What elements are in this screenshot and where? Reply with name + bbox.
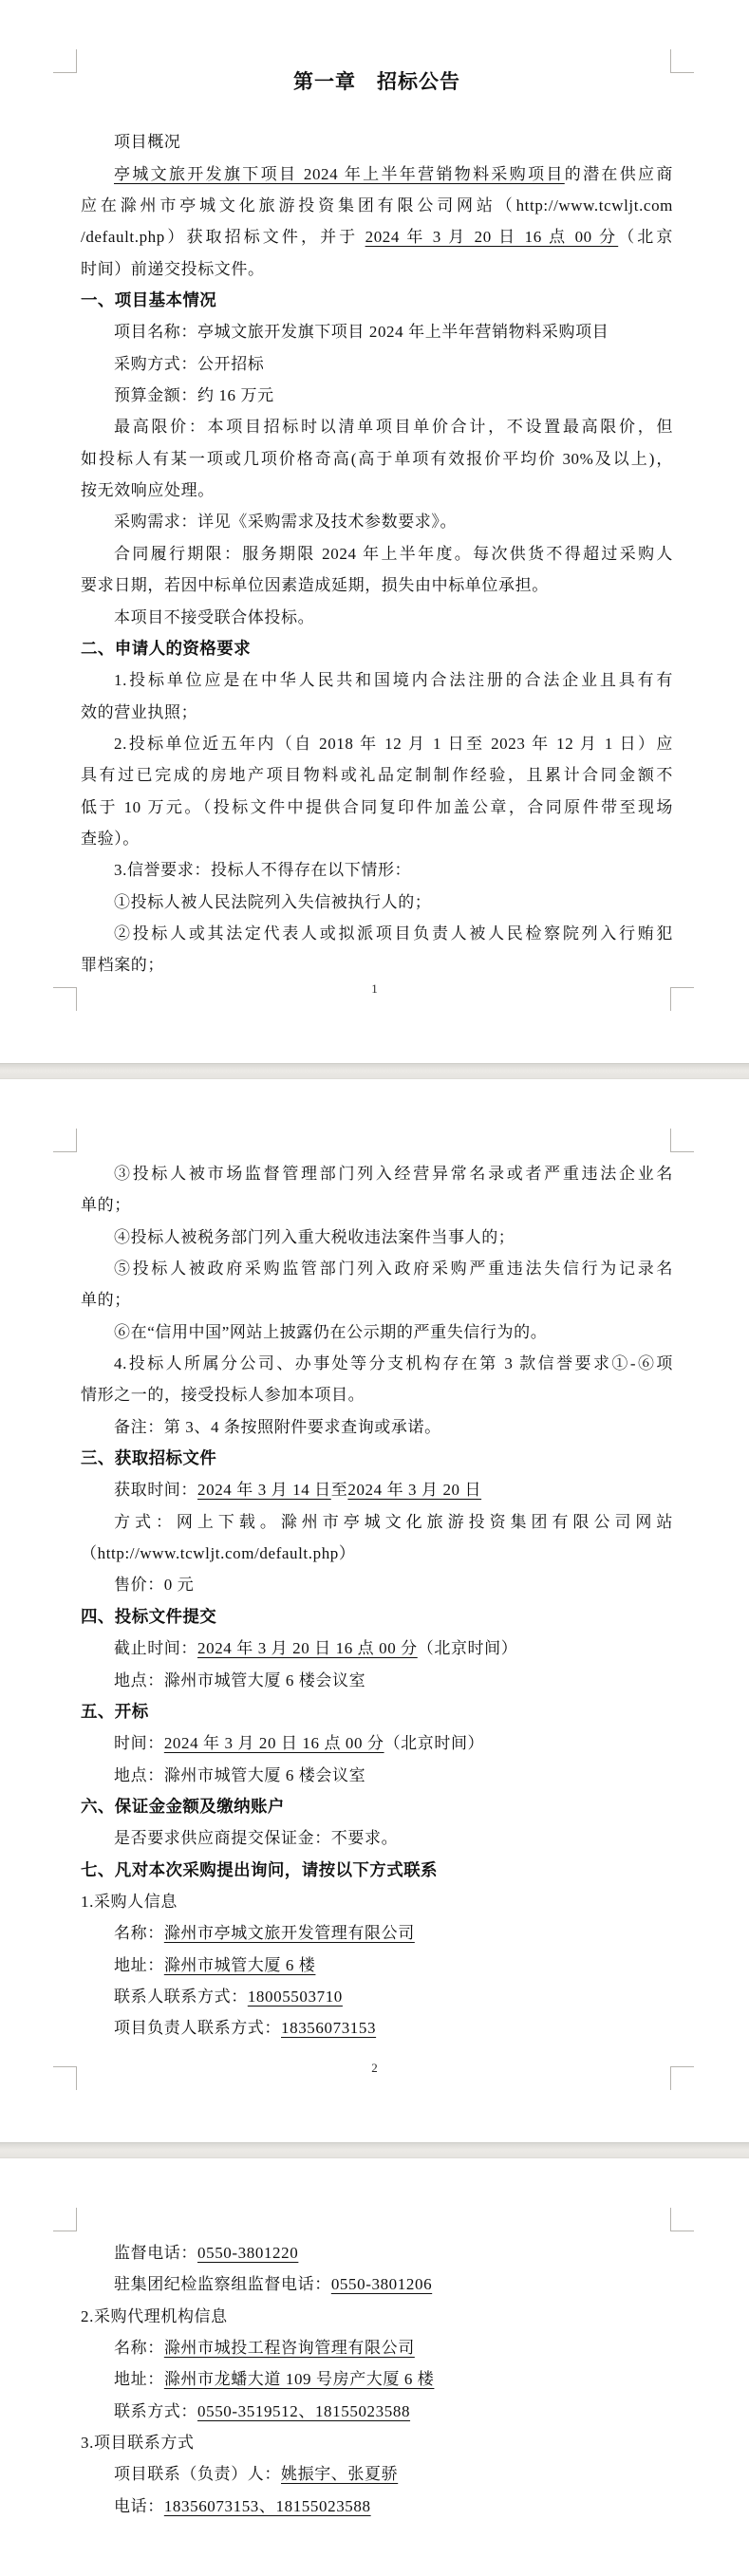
text-line: 时间：2024 年 3 月 20 日 16 点 00 分（北京时间） — [81, 1727, 673, 1759]
text-run: 情形之一的，接受投标人参加本项目。 — [81, 1386, 365, 1404]
text-line: 售价：0 元 — [81, 1569, 673, 1600]
text-run: 最高限价：本项目招标时以清单项目单价合计，不设置最高限价，但 — [114, 418, 673, 436]
text-line: 低于 10 万元。（投标文件中提供合同复印件加盖公章，合同原件带至现场 — [81, 792, 673, 823]
text-run: 驻集团纪检监察组监督电话： — [114, 2275, 331, 2293]
text-run: 四、投标文件提交 — [81, 1607, 216, 1626]
text-run: 如投标人有某一项或几项价格奇高(高于单项有效报价平均价 30%及以上)， — [81, 450, 673, 468]
text-line: 时间）前递交投标文件。 — [81, 253, 673, 285]
text-run: 时间）前递交投标文件。 — [81, 260, 265, 278]
text-line: 合同履行期限：服务期限 2024 年上半年度。每次供货不得超过采购人 — [81, 538, 673, 569]
text-line: 单的； — [81, 1284, 673, 1316]
text-run: 名称： — [114, 2339, 164, 2357]
text-run: 六、保证金金额及缴纳账户 — [81, 1797, 285, 1816]
margin-mark-top-left-icon — [53, 2208, 77, 2231]
text-line: 亭城文旅开发旗下项目 2024 年上半年营销物料采购项目的潜在供应商 — [81, 159, 673, 190]
text-line: 应在滁州市亭城文化旅游投资集团有限公司网站（http://www.tcwljt.… — [81, 190, 673, 221]
page-separator — [0, 1063, 749, 1079]
text-line: 1.采购人信息 — [81, 1886, 673, 1917]
text-run: 项目概况 — [114, 133, 180, 151]
text-run: 合同履行期限：服务期限 2024 年上半年度。每次供货不得超过采购人 — [114, 545, 673, 563]
text-line: 驻集团纪检监察组监督电话：0550-3801206 — [81, 2268, 673, 2300]
text-line: 3.信誉要求：投标人不得存在以下情形： — [81, 854, 673, 886]
text-run: ②投标人或其法定代表人或拟派项目负责人被人民检察院列入行贿犯 — [114, 924, 673, 943]
page-number: 1 — [0, 980, 749, 999]
text-line: 单的； — [81, 1189, 673, 1221]
text-run: （北京 — [618, 228, 673, 246]
text-run: ⑤投标人被政府采购监管部门列入政府采购严重违法失信行为记录名 — [114, 1260, 673, 1278]
text-run: 4.投标人所属分公司、办事处等分支机构存在第 3 款信誉要求①-⑥项 — [114, 1354, 673, 1372]
text-line: ①投标人被人民法院列入失信被执行人的； — [81, 887, 673, 918]
text-run: 第一章 招标公告 — [293, 71, 460, 93]
text-line: 地址：滁州市龙蟠大道 109 号房产大厦 6 楼 — [81, 2363, 673, 2395]
text-line: 项目名称：亭城文旅开发旗下项目 2024 年上半年营销物料采购项目 — [81, 316, 673, 347]
text-run: 五、开标 — [81, 1702, 149, 1721]
text-run: 1.投标单位应是在中华人民共和国境内合法注册的合法企业且具有有 — [114, 671, 673, 689]
underlined-value: 2024 年 3 月 20 日 16 点 00 分 — [197, 1639, 418, 1657]
text-line: 2.投标单位近五年内（自 2018 年 12 月 1 日至 2023 年 12 … — [81, 728, 673, 759]
underlined-value: 亭城文旅开发旗下项目 2024 年上半年营销物料采购项目 — [114, 165, 565, 183]
text-line: 地点：滁州市城管大厦 6 楼会议室 — [81, 1760, 673, 1791]
text-run: 采购方式：公开招标 — [114, 355, 264, 373]
text-line: 3.项目联系方式 — [81, 2427, 673, 2458]
text-run: （北京时间） — [418, 1639, 518, 1657]
text-run: ⑥在“信用中国”网站上披露仍在公示期的严重失信行为的。 — [114, 1323, 547, 1341]
margin-mark-top-left-icon — [53, 49, 77, 73]
text-line: ⑥在“信用中国”网站上披露仍在公示期的严重失信行为的。 — [81, 1316, 673, 1348]
page-2-content: ③投标人被市场监督管理部门列入经营异常名录或者严重违法企业名单的；④投标人被税务… — [81, 1079, 673, 2044]
underlined-value: 滁州市亭城文旅开发管理有限公司 — [164, 1924, 415, 1942]
text-run: 二、申请人的资格要求 — [81, 639, 251, 658]
text-line: 2.采购代理机构信息 — [81, 2301, 673, 2332]
text-run: 单的； — [81, 1291, 131, 1309]
underlined-value: 2024 年 3 月 14 日 — [197, 1481, 331, 1499]
underlined-value: 姚振宇、张夏骄 — [281, 2465, 398, 2483]
text-run: 名称： — [114, 1924, 164, 1942]
section-heading: 四、投标文件提交 — [81, 1601, 673, 1633]
section-heading: 七、凡对本次采购提出询问，请按以下方式联系 — [81, 1855, 673, 1886]
text-line: 效的营业执照； — [81, 697, 673, 728]
text-run: 三、获取招标文件 — [81, 1448, 216, 1467]
section-heading: 一、项目基本情况 — [81, 285, 673, 316]
text-line: 预算金额：约 16 万元 — [81, 380, 673, 411]
page-1: 第一章 招标公告项目概况亭城文旅开发旗下项目 2024 年上半年营销物料采购项目… — [0, 0, 749, 1063]
text-run: 联系人联系方式： — [114, 1988, 248, 2006]
text-run: 获取时间： — [114, 1481, 197, 1499]
underlined-value: 滁州市龙蟠大道 109 号房产大厦 6 楼 — [164, 2370, 435, 2388]
text-run: 项目名称：亭城文旅开发旗下项目 2024 年上半年营销物料采购项目 — [114, 323, 609, 341]
text-run: 1.采购人信息 — [81, 1893, 178, 1911]
underlined-value: 2024 年 3 月 20 日 16 点 00 分 — [365, 228, 619, 246]
text-line: 备注：第 3、4 条按照附件要求查询或承诺。 — [81, 1411, 673, 1443]
text-run: 2.采购代理机构信息 — [81, 2307, 228, 2325]
text-run: 监督电话： — [114, 2244, 197, 2262]
text-run: 具有过已完成的房地产项目物料或礼品定制制作经验，且累计合同金额不 — [81, 766, 673, 784]
text-run: 电话： — [114, 2497, 164, 2515]
underlined-value: 18356073153、18155023588 — [164, 2497, 371, 2515]
section-heading: 五、开标 — [81, 1696, 673, 1727]
text-line: ⑤投标人被政府采购监管部门列入政府采购严重违法失信行为记录名 — [81, 1253, 673, 1284]
section-heading: 二、申请人的资格要求 — [81, 633, 673, 664]
text-line: 项目概况 — [81, 126, 673, 158]
text-run: 地点：滁州市城管大厦 6 楼会议室 — [114, 1671, 365, 1689]
text-line: 最高限价：本项目招标时以清单项目单价合计，不设置最高限价，但 — [81, 411, 673, 442]
text-line: ②投标人或其法定代表人或拟派项目负责人被人民检察院列入行贿犯 — [81, 918, 673, 949]
text-line: 要求日期，若因中标单位因素造成延期，损失由中标单位承担。 — [81, 569, 673, 601]
text-line: 方式：网上下载。滁州市亭城文化旅游投资集团有限公司网站 — [81, 1506, 673, 1538]
text-line: 名称：滁州市亭城文旅开发管理有限公司 — [81, 1917, 673, 1949]
text-line: 采购需求：详见《采购需求及技术参数要求》。 — [81, 506, 673, 537]
text-line: 按无效响应处理。 — [81, 475, 673, 506]
section-heading: 三、获取招标文件 — [81, 1443, 673, 1474]
text-line: 查验）。 — [81, 823, 673, 854]
text-line: 获取时间：2024 年 3 月 14 日至2024 年 3 月 20 日 — [81, 1474, 673, 1505]
margin-mark-top-right-icon — [670, 2208, 694, 2231]
page-2: ③投标人被市场监督管理部门列入经营异常名录或者严重违法企业名单的；④投标人被税务… — [0, 1079, 749, 2142]
text-run: 项目联系（负责）人： — [114, 2465, 281, 2483]
text-run: ③投标人被市场监督管理部门列入经营异常名录或者严重违法企业名 — [114, 1165, 673, 1183]
text-run: ①投标人被人民法院列入失信被执行人的； — [114, 893, 431, 911]
text-run: /default.php）获取招标文件，并于 — [81, 228, 365, 246]
text-run: 3.项目联系方式 — [81, 2434, 195, 2452]
text-run: 3.信誉要求：投标人不得存在以下情形： — [114, 861, 411, 879]
text-run: 是否要求供应商提交保证金：不要求。 — [114, 1829, 398, 1847]
text-line: ③投标人被市场监督管理部门列入经营异常名录或者严重违法企业名 — [81, 1158, 673, 1189]
text-run: 2.投标单位近五年内（自 2018 年 12 月 1 日至 2023 年 12 … — [114, 735, 673, 753]
text-line: 具有过已完成的房地产项目物料或礼品定制制作经验，且累计合同金额不 — [81, 759, 673, 791]
page-number: 2 — [0, 2059, 749, 2078]
margin-mark-top-right-icon — [670, 49, 694, 73]
text-run: 低于 10 万元。（投标文件中提供合同复印件加盖公章，合同原件带至现场 — [81, 798, 673, 816]
text-run: 本项目不接受联合体投标。 — [114, 608, 314, 626]
text-line: ④投标人被税务部门列入重大税收违法案件当事人的； — [81, 1222, 673, 1253]
text-run: 查验）。 — [81, 830, 140, 848]
text-run: 至 — [331, 1481, 348, 1499]
text-line: 名称：滁州市城投工程咨询管理有限公司 — [81, 2332, 673, 2363]
text-line: 联系人联系方式：18005503710 — [81, 1981, 673, 2012]
text-run: 售价：0 元 — [114, 1576, 194, 1594]
text-run: 地址： — [114, 1956, 164, 1974]
text-run: 的潜在供应商 — [565, 165, 673, 183]
text-run: 联系方式： — [114, 2402, 197, 2420]
page-3-content: 监督电话：0550-3801220驻集团纪检监察组监督电话：0550-38012… — [81, 2158, 673, 2522]
text-run: 预算金额：约 16 万元 — [114, 386, 274, 404]
text-line: 采购方式：公开招标 — [81, 348, 673, 380]
text-run: 方式：网上下载。滁州市亭城文化旅游投资集团有限公司网站 — [114, 1513, 673, 1531]
text-line: 项目负责人联系方式：18356073153 — [81, 2012, 673, 2044]
text-line: 罪档案的； — [81, 949, 673, 980]
text-run: （北京时间） — [384, 1734, 485, 1752]
text-run: ④投标人被税务部门列入重大税收违法案件当事人的； — [114, 1228, 515, 1246]
underlined-value: 2024 年 3 月 20 日 16 点 00 分 — [164, 1734, 384, 1752]
text-line: 监督电话：0550-3801220 — [81, 2237, 673, 2268]
text-run: 时间： — [114, 1734, 164, 1752]
text-line: 联系方式：0550-3519512、18155023588 — [81, 2396, 673, 2427]
text-run: 效的营业执照； — [81, 703, 197, 721]
margin-mark-top-right-icon — [670, 1129, 694, 1152]
document-viewport: 第一章 招标公告项目概况亭城文旅开发旗下项目 2024 年上半年营销物料采购项目… — [0, 0, 749, 2576]
text-run: 项目负责人联系方式： — [114, 2019, 281, 2037]
text-line: 4.投标人所属分公司、办事处等分支机构存在第 3 款信誉要求①-⑥项 — [81, 1348, 673, 1379]
text-line: 电话：18356073153、18155023588 — [81, 2491, 673, 2522]
text-run: 应在滁州市亭城文化旅游投资集团有限公司网站（http://www.tcwljt.… — [81, 196, 673, 215]
text-line: 本项目不接受联合体投标。 — [81, 602, 673, 633]
text-run: 截止时间： — [114, 1639, 197, 1657]
page-separator — [0, 2142, 749, 2158]
text-line: 地址：滁州市城管大厦 6 楼 — [81, 1950, 673, 1981]
underlined-value: 0550-3801206 — [331, 2275, 432, 2293]
text-line: （http://www.tcwljt.com/default.php） — [81, 1538, 673, 1569]
underlined-value: 18005503710 — [248, 1988, 343, 2006]
text-run: 采购需求：详见《采购需求及技术参数要求》。 — [114, 513, 457, 531]
text-run: 地点：滁州市城管大厦 6 楼会议室 — [114, 1766, 365, 1784]
underlined-value: 0550-3519512、18155023588 — [197, 2402, 410, 2420]
text-line: 是否要求供应商提交保证金：不要求。 — [81, 1822, 673, 1854]
text-run: 一、项目基本情况 — [81, 290, 216, 309]
underlined-value: 18356073153 — [281, 2019, 376, 2037]
blank-line — [81, 98, 673, 126]
text-run: 要求日期，若因中标单位因素造成延期，损失由中标单位承担。 — [81, 576, 549, 594]
chapter-title: 第一章 招标公告 — [81, 66, 673, 98]
text-run: 单的； — [81, 1196, 131, 1214]
text-line: /default.php）获取招标文件，并于 2024 年 3 月 20 日 1… — [81, 221, 673, 252]
text-line: 项目联系（负责）人：姚振宇、张夏骄 — [81, 2458, 673, 2490]
text-run: 七、凡对本次采购提出询问，请按以下方式联系 — [81, 1860, 438, 1879]
text-run: 按无效响应处理。 — [81, 481, 215, 499]
text-line: 截止时间：2024 年 3 月 20 日 16 点 00 分（北京时间） — [81, 1633, 673, 1664]
underlined-value: 0550-3801220 — [197, 2244, 298, 2262]
text-run: 备注：第 3、4 条按照附件要求查询或承诺。 — [114, 1418, 441, 1436]
text-line: 地点：滁州市城管大厦 6 楼会议室 — [81, 1665, 673, 1696]
underlined-value: 滁州市城管大厦 6 楼 — [164, 1956, 316, 1974]
text-line: 如投标人有某一项或几项价格奇高(高于单项有效报价平均价 30%及以上)， — [81, 443, 673, 475]
underlined-value: 滁州市城投工程咨询管理有限公司 — [164, 2339, 415, 2357]
text-run: （http://www.tcwljt.com/default.php） — [81, 1544, 356, 1562]
page-3: 监督电话：0550-3801220驻集团纪检监察组监督电话：0550-38012… — [0, 2158, 749, 2576]
text-run: 地址： — [114, 2370, 164, 2388]
margin-mark-top-left-icon — [53, 1129, 77, 1152]
text-line: 情形之一的，接受投标人参加本项目。 — [81, 1379, 673, 1410]
underlined-value: 2024 年 3 月 20 日 — [347, 1481, 481, 1499]
page-1-content: 第一章 招标公告项目概况亭城文旅开发旗下项目 2024 年上半年营销物料采购项目… — [81, 0, 673, 981]
text-run: 罪档案的； — [81, 956, 164, 974]
text-line: 1.投标单位应是在中华人民共和国境内合法注册的合法企业且具有有 — [81, 664, 673, 696]
section-heading: 六、保证金金额及缴纳账户 — [81, 1791, 673, 1822]
